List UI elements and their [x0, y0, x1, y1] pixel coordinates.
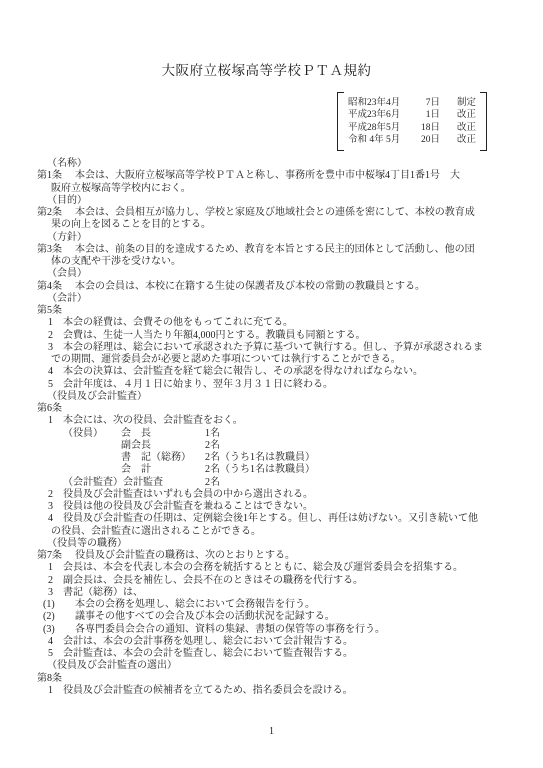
body-line: （役員）会 長1名 — [0, 428, 543, 440]
revision-entry: 平成23年6月1日改正 — [348, 109, 476, 121]
body-line: 4会計は、本会の会計事務を処理し、総会において会計報告する。 — [0, 636, 543, 648]
body-line: (1)本会の会務を処理し、総会において会務報告を行う。 — [0, 599, 543, 611]
body-line: 1本会の経費は、会費その他をもってこれに充てる。 — [0, 317, 543, 329]
body-line: 第1条本会は、大阪府立桜塚高等学校ＰＴＡと称し、事務所を豊中市中桜塚4丁目1番1… — [0, 170, 543, 182]
body-line: （会員） — [0, 268, 543, 280]
body-line: 1会長は、本会を代表し本会の会務を統括するとともに、総会及び運営委員会を招集する… — [0, 562, 543, 574]
revision-entry: 昭和23年4月7日制定 — [348, 97, 476, 109]
body-line: （目的） — [0, 195, 543, 207]
body-line: での期間、運営委員会が必要と認めた事項については執行することができる。 — [0, 354, 543, 366]
document-page: 大阪府立桜塚高等学校ＰＴＡ規約 昭和23年4月7日制定平成23年6月1日改正平成… — [0, 0, 543, 768]
body-line: 体の支配や干渉を受けない。 — [0, 256, 543, 268]
body-line: 第6条 — [0, 403, 543, 415]
body-line: 3本会の経理は、総会において承認された予算に基づいて執行する。但し、予算が承認さ… — [0, 342, 543, 354]
body-line: 第8条 — [0, 673, 543, 685]
revision-entry: 令和 4年 5月20日改正 — [348, 134, 476, 146]
revision-entry: 平成28年5月18日改正 — [348, 122, 476, 134]
body-line: 1本会には、次の役員、会計監査をおく。 — [0, 415, 543, 427]
body-line: の役員、会計監査に選出されることができる。 — [0, 526, 543, 538]
body-line: 阪府立桜塚高等学校内におく。 — [0, 183, 543, 195]
body-line: 5会計年度は、４月１日に始まり、翌年３月３１日に終わる。 — [0, 379, 543, 391]
body-line: 副会長2名 — [0, 440, 543, 452]
document-body: （名称）第1条本会は、大阪府立桜塚高等学校ＰＴＡと称し、事務所を豊中市中桜塚4丁… — [0, 158, 543, 697]
body-line: 4役員及び会計監査の任期は、定例総会後1年とする。但し、再任は妨げない。又引き続… — [0, 513, 543, 525]
body-line: （役員及び会計監査） — [0, 391, 543, 403]
body-line: 2役員及び会計監査はいずれも会員の中から選出される。 — [0, 489, 543, 501]
body-line: (3)各専門委員会会合の通知、資料の集録、書類の保管等の事務を行う。 — [0, 624, 543, 636]
body-line: 第2条本会は、会員相互が協力し、学校と家庭及び地域社会との連係を密にして、本校の… — [0, 207, 543, 219]
body-line: 3書記（総務）は、 — [0, 587, 543, 599]
body-line: 第4条本会の会員は、本校に在籍する生徒の保護者及び本校の常勤の教職員とする。 — [0, 281, 543, 293]
revision-history-box: 昭和23年4月7日制定平成23年6月1日改正平成28年5月18日改正令和 4年 … — [337, 92, 487, 151]
body-line: 第3条本会は、前条の目的を達成するため、教育を本旨とする民主的団体として活動し、… — [0, 244, 543, 256]
body-line: 3役員は他の役員及び会計監査を兼ねることはできない。 — [0, 501, 543, 513]
body-line: (2)議事その他すべての会合及び本会の活動状況を記録する。 — [0, 611, 543, 623]
body-line: 書 記（総務）2名（うち1名は教職員） — [0, 452, 543, 464]
body-line: （役員及び会計監査の選出） — [0, 660, 543, 672]
body-line: 2会費は、生徒一人当たり年額4,000円とする。教職員も同額とする。 — [0, 330, 543, 342]
body-line: 会 計2名（うち1名は教職員） — [0, 464, 543, 476]
body-line: （方針） — [0, 232, 543, 244]
body-line: （会計） — [0, 293, 543, 305]
body-line: 5会計監査は、本会の会計を監査し、総会において監査報告する。 — [0, 648, 543, 660]
body-line: 果の向上を図ることを目的とする。 — [0, 219, 543, 231]
body-line: （名称） — [0, 158, 543, 170]
page-number: 1 — [0, 726, 543, 737]
document-title: 大阪府立桜塚高等学校ＰＴＡ規約 — [0, 59, 533, 79]
body-line: （会計監査）会計監査2名 — [0, 477, 543, 489]
body-line: 第5条 — [0, 305, 543, 317]
body-line: 2副会長は、会長を補佐し、会長不在のときはその職務を代行する。 — [0, 575, 543, 587]
body-line: 第7条役員及び会計監査の職務は、次のとおりとする。 — [0, 550, 543, 562]
body-line: 4本会の決算は、会計監査を経て総会に報告し、その承認を得なければならない。 — [0, 366, 543, 378]
body-line: 1役員及び会計監査の候補者を立てるため、指名委員会を設ける。 — [0, 685, 543, 697]
body-line: （役員等の職務） — [0, 538, 543, 550]
